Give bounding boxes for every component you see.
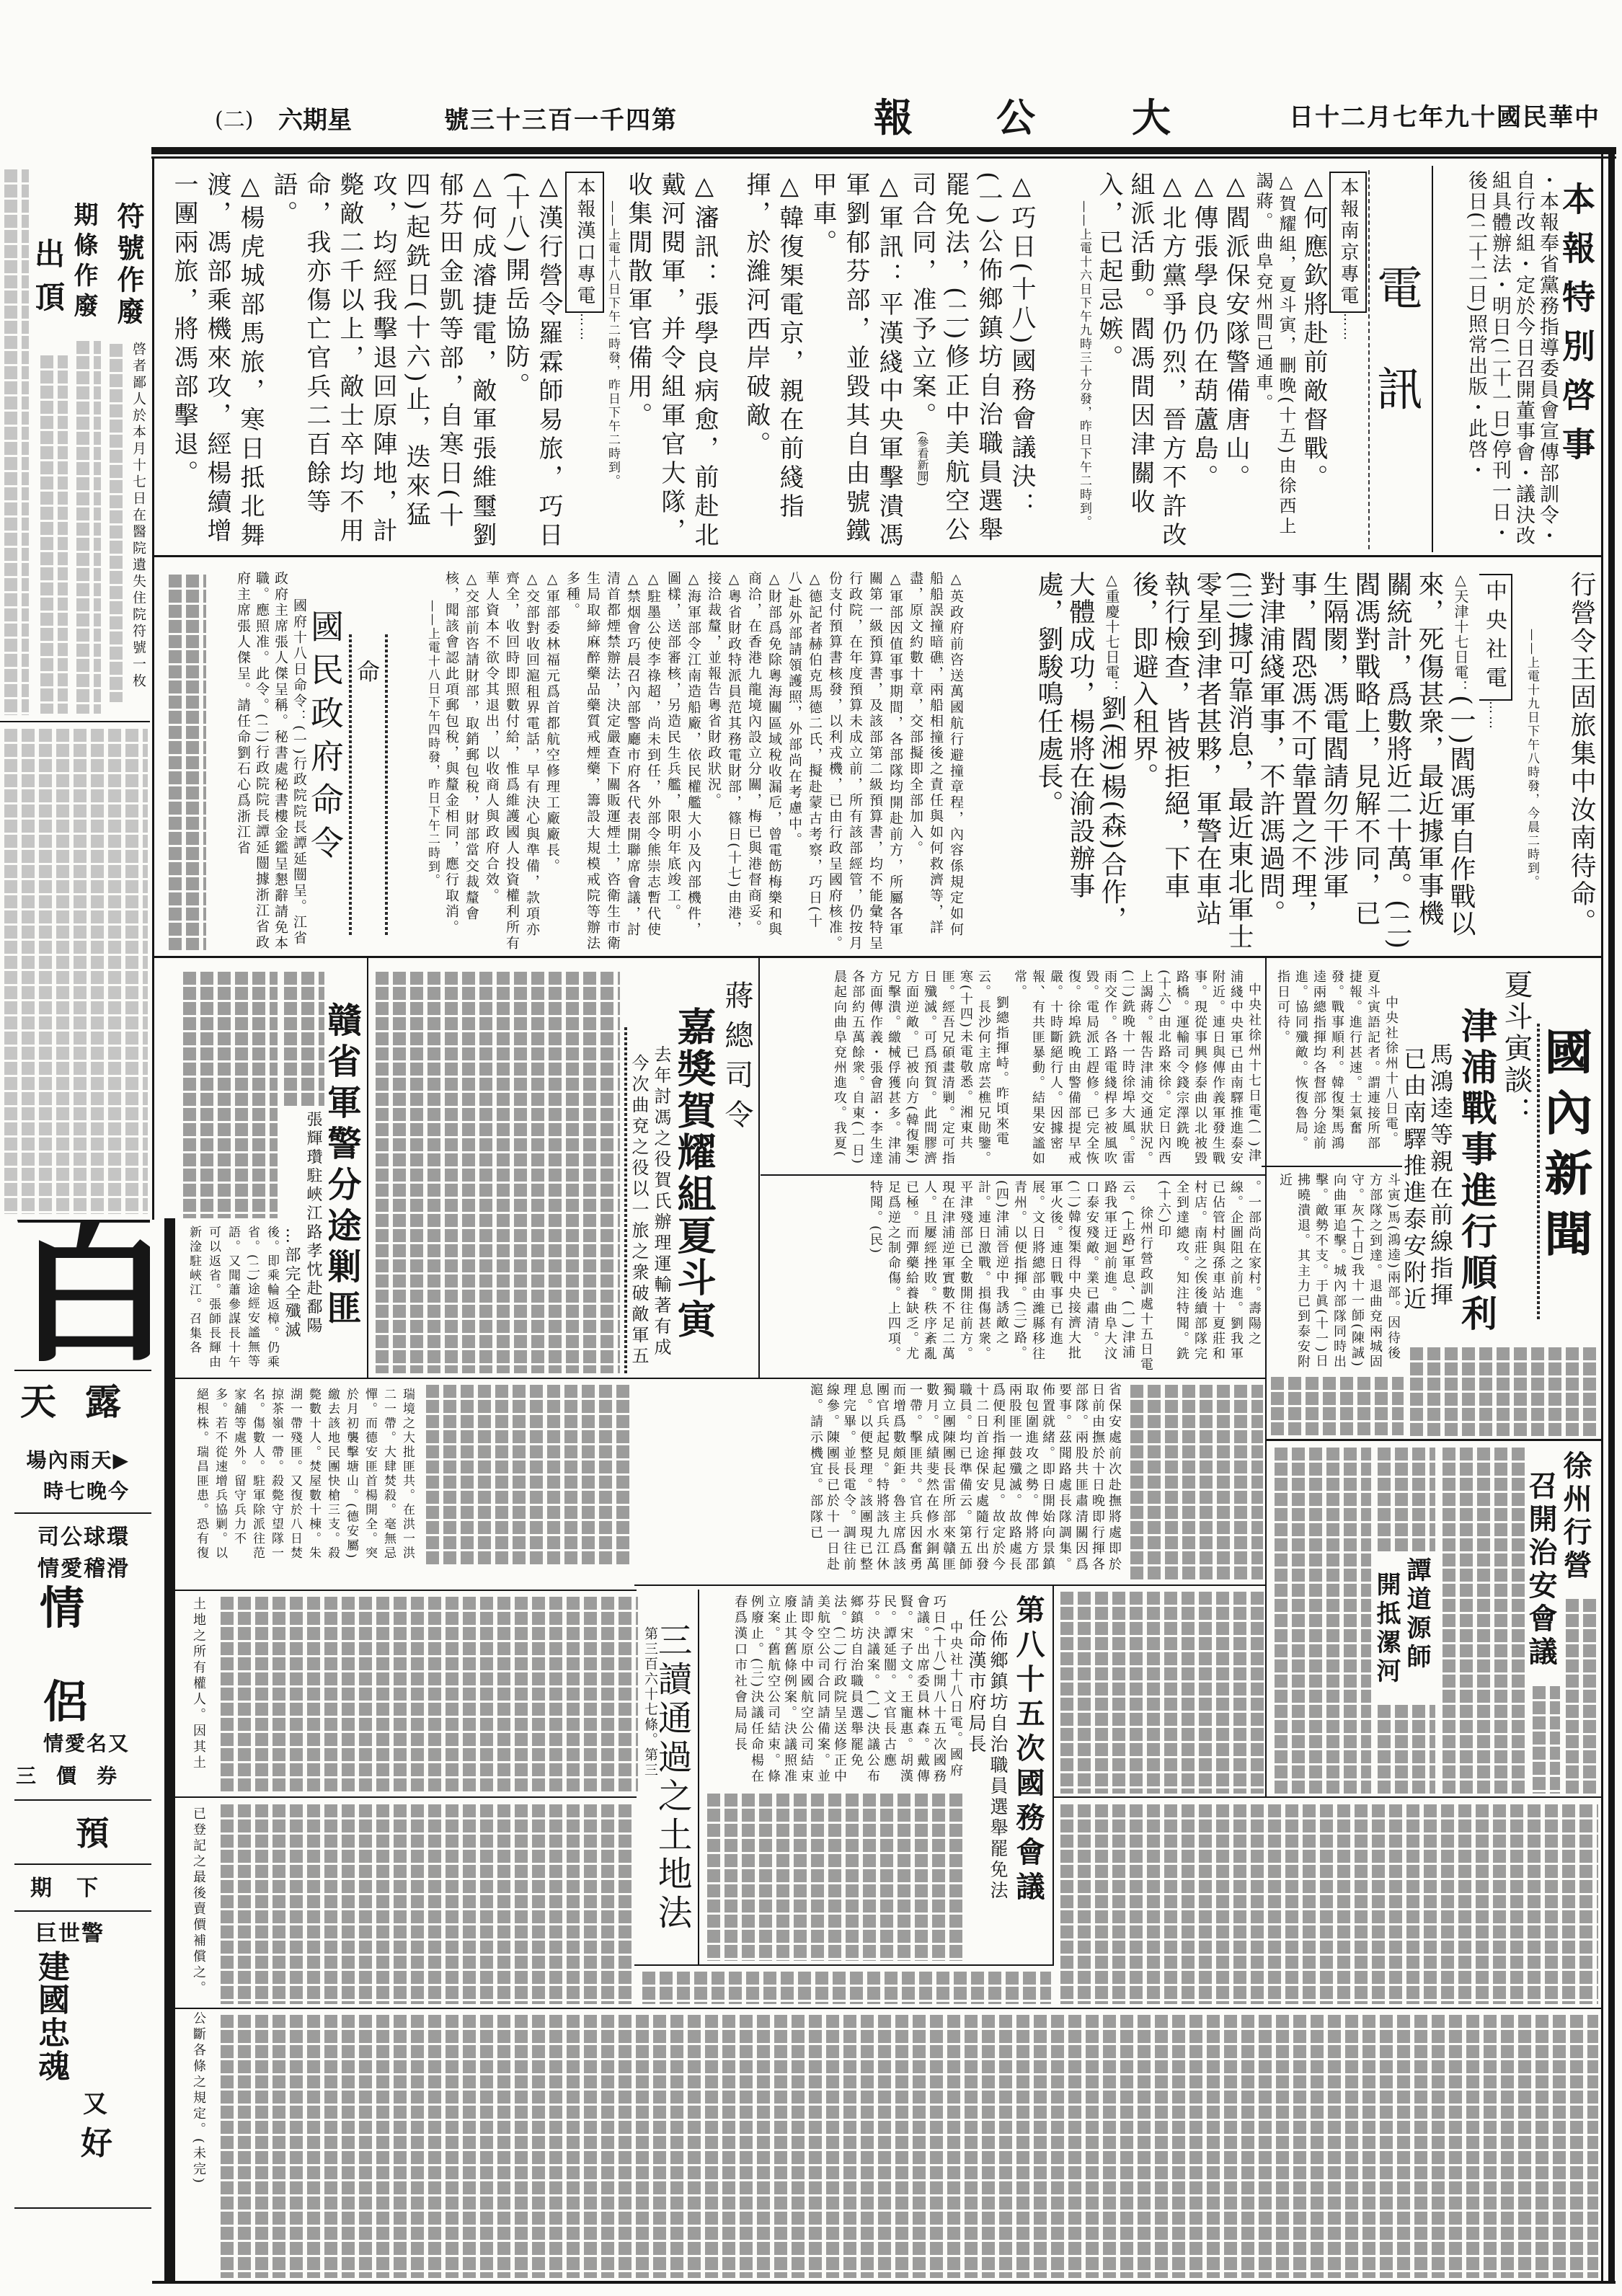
illegible-text-block: [1406, 1345, 1599, 1436]
brief-item: △禁烟會巧晨召內部警廳市府各代表開聯席會議，討清首都煙禁辦法，決定嚴查下關販運煙…: [562, 571, 643, 952]
telegram-item-text: △巧日(十八)國務會議決：(一)公佈鄉鎮坊自治職員選舉罷免法，(二)修正中美航空…: [908, 172, 1036, 546]
subheadline: 今次曲兗之役以一旅之衆破敵軍五師: [630, 1054, 652, 1375]
article-text: 夏斗寅語記者。謂連接所部捷報。進行甚速。士氣奮發。戰事順利。韓復榘馬鴻逵兩總指揮…: [1274, 970, 1382, 1164]
headline: 三讀通過之土地法(續): [660, 1622, 697, 1961]
telegram-timestamp: ——上電十八日下午四時發，昨日下午二時到。: [424, 571, 441, 952]
frame-bottom: [152, 2281, 1616, 2284]
ad-alt-title: 又名愛情: [22, 1734, 130, 1754]
see-also-note: (參看新聞): [916, 431, 929, 486]
ad-tagline-char: 好: [81, 2128, 112, 2160]
telegram-item: △北方黨爭仍烈，晉方不許改組派活動。閻馮間因津關收入，已起忌嫉。: [1093, 172, 1188, 552]
telegram-timestamp: ——上電十六日下午九時三十分發，昨日下午二時到。: [1076, 172, 1093, 552]
notice-title: 期條作廢: [74, 202, 102, 332]
telegram-item: △賀耀組，夏斗寅，刪晚(十五)由徐西上謁蔣。曲阜兗州間已通車。: [1251, 172, 1298, 552]
cna-label-column: 中央社電……: [1479, 574, 1512, 805]
ad-big-glyph: 百: [14, 1220, 150, 1365]
cna-item: △重慶十七日電：劉(湘)楊(森)合作，大體成功，楊將在渝設辦事處，劉駿鳴任處長。: [1032, 571, 1127, 952]
ad-genre: 滑稽愛情: [22, 1559, 130, 1580]
subheadline: 馬鴻逵等親在前線指揮: [1430, 1042, 1457, 1338]
ad-divider: [14, 1512, 151, 1514]
frame-left: [152, 159, 154, 1220]
ad-studio: 環球公司: [22, 1527, 130, 1548]
tier-divider-2: [152, 956, 1603, 958]
weekday: 星期六: [272, 108, 352, 133]
article-text: 。一部尚在家村。壽陽之線。企圖阻之前進。劉我軍已佔管村與孫車站十夏莊和村店。南莊…: [1155, 1180, 1263, 1375]
telegram-item: △傳張學良仍在葫蘆島。: [1188, 172, 1220, 552]
illegible-text-block: [1126, 1383, 1263, 1581]
tier-divider-1: [152, 555, 1603, 557]
brief-item: △軍部因值軍事期間，各部隊均開赴前方，所屬各軍關第一級預算書，及該部第二級預算書…: [825, 571, 905, 952]
label-dots: ……: [1341, 313, 1356, 342]
telegram-section-title: 電訊: [1377, 264, 1429, 495]
brief-item: △交部對收回滬租界電話，早有決心與準備，款項亦齊全，收回時即照數付給，惟爲維護國…: [482, 571, 542, 952]
headline: 嘉獎賀耀組夏斗寅: [678, 1006, 722, 1367]
news-briefs: △英政府前咨送萬國航行避撞章程，內容係規定如何船船誤撞暗礁，兩船相撞後之責任與如…: [404, 571, 966, 952]
article-body: 中央社十八日電。國府 巧日(十八)開八十五次國務會議。出席委員林森。戴傳賢。宋子…: [703, 1595, 964, 1786]
article-divider: [761, 1174, 1265, 1176]
wavy-divider: [1537, 1024, 1540, 1319]
article-text: 中央社徐州十七日電(一)津浦綫中央軍已由南驛推進泰安附近。連日與傳作義軍發生戰事…: [1011, 970, 1263, 1170]
article-body: 瑞境之大批匪共。在洪一洪二一帶。大肆焚殺。毫無忌憚。而德安匪首楊開全。突於月初襲…: [186, 1388, 417, 1566]
column-divider: [698, 1590, 699, 1964]
illegible-text-block: [1056, 1590, 1264, 1794]
illegible-text-block: [36, 353, 68, 714]
illegible-text-block: [1056, 1802, 1598, 2004]
illegible-text-block: [164, 572, 206, 950]
frame-right-inner: [1601, 147, 1603, 2284]
ad-film-title-char: 侶: [43, 1680, 88, 1724]
wavy-divider: [349, 634, 352, 937]
ad-film-title-char: 情: [40, 1586, 84, 1631]
dateline: △天津十七日電：: [1452, 571, 1469, 695]
headline-kicker: 夏斗寅談：: [1504, 970, 1537, 1128]
notice-title: 出頂: [36, 238, 69, 346]
brief-item: △軍部委林福元爲首都航空修理工廠廠長。: [542, 571, 562, 952]
law-article-fragment: 已登記之最後賣價補償之。: [186, 1807, 208, 2001]
order-text: 國府十八日命令：(一)行政院院長譚延闓呈。江省政府主席張人傑呈稱。秘書處秘書樓金…: [234, 571, 309, 952]
cna-item: △天津十七日電：(一)閻馮軍自作戰以來，死傷甚衆，最近據軍事機關統計，爲數將近二…: [1127, 571, 1476, 952]
article-divider: [175, 1590, 637, 1591]
dateline: 中央社十八日電。國府: [947, 1595, 964, 1786]
illegible-text-block: [216, 2013, 1598, 2278]
telegram-item: △韓復榘電京，親在前綫指揮，於濰河西岸破敵。: [740, 172, 806, 552]
article-divider: [175, 1796, 637, 1798]
law-article-fragment: 公斷各條之規定。(未完): [186, 2011, 208, 2228]
brief-item: △德記者赫伯克馬德二氏，擬赴蒙古考察，巧日(十八)赴外部請領護照，外部尚在考慮中…: [784, 571, 825, 952]
subheadline: 張輝瓚駐峽江路孝忱赴鄱陽: [303, 1111, 324, 1342]
ad-divider: [14, 1863, 151, 1865]
ad-next-genre: 警世巨: [22, 1923, 105, 1945]
government-orders-body: 國府十八日命令：(一)行政院院長譚延闓呈。江省政府主席張人傑呈稱。秘書處秘書樓金…: [209, 571, 309, 952]
government-orders-title: 國民政府命令: [311, 609, 349, 912]
article-divider: [1262, 1166, 1402, 1167]
ad-preview-label: 預: [76, 1817, 109, 1850]
headline: 召開治安會議: [1528, 1471, 1561, 1680]
ad-rain-note: ▶天雨內場: [22, 1450, 130, 1471]
illegible-text-block: [703, 1791, 962, 1961]
label-dots: ……: [577, 313, 593, 342]
illegible-text-block: [1267, 1375, 1404, 1436]
brief-item: △英政府前咨送萬國航行避撞章程，內容係規定如何船船誤撞暗礁，兩船相撞後之責任與如…: [905, 571, 966, 952]
subheadline: …部完全殲滅: [281, 1111, 303, 1340]
column-divider: [367, 957, 368, 1378]
headline: 徐州行營: [1563, 1450, 1596, 1595]
nanjing-telegrams: 本報南京專電…… △何應欽將赴前敵督戰。 △賀耀組，夏斗寅，刪晚(十五)由徐西上…: [1038, 172, 1367, 552]
brief-item: △駐墨公使李祿超，尚未到任，外部令熊崇志暫代使: [643, 571, 663, 952]
ad-divider: [14, 1799, 151, 1801]
article-text: 徐州行營政訓處十五日電云。(上路)軍息、(一)津浦路我軍迂迴前進。曲阜大汶口泰安…: [867, 1180, 1155, 1375]
headline-kicker: 蔣總司令: [724, 980, 758, 1153]
brief-item: △海軍部令江南造船廠，依民權艦大小及內部機件，圖樣，送部審核，另造民生兵艦，限明…: [663, 571, 704, 952]
frame-right-outer: [1608, 147, 1615, 2284]
telegram-item: △軍訊：平漢綫中央軍擊潰馮軍劉郁芬部，並毀其自由號鐵甲車。: [806, 172, 905, 552]
illegible-text-block: [280, 970, 324, 1107]
ad-divider: [14, 1910, 151, 1912]
dashed-divider: [1368, 170, 1370, 549]
article-text: 斗寅)馬(鴻逵)兩部。因待後方部隊之到達。退曲兗兩城固守。灰(十日)我十一師(陳…: [1276, 1173, 1402, 1371]
margin-divider: [0, 721, 150, 722]
issue-date: 中華民國十九年七月二十日: [1269, 105, 1600, 130]
illegible-text-block: [1373, 1703, 1435, 1794]
article-divider: [175, 1378, 1265, 1379]
headline: 贛省軍警分途剿匪: [329, 1002, 366, 1341]
wavy-divider: [624, 1027, 627, 1375]
article-divider: [634, 1584, 1267, 1586]
brief-item: △財部爲免除粵海關區域稅收漏卮，曾電飭梅樂和與商洽，在香港九龍境內設立分關，梅已…: [744, 571, 784, 952]
headline: 第八十五次國務會議: [1013, 1595, 1049, 1933]
article-divider: [634, 1964, 1054, 1966]
illegible-text-block: [105, 342, 127, 702]
ad-next-title: 建國忠魂: [37, 1950, 74, 2087]
article-body: 中央社徐州十八日電。 夏斗寅語記者。謂連接所部捷報。進行甚速。士氣奮發。戰事順利…: [1267, 970, 1400, 1164]
ad-divider: [14, 2207, 151, 2209]
illegible-text-block: [1373, 1445, 1435, 1552]
brief-item: △粵省財政特派員范其務電財部，篠日(十七)由港，接洽裁釐，並報告粵省財政狀況。: [704, 571, 744, 952]
subheadline: 公佈鄉鎮坊自治職員選舉罷免法: [989, 1609, 1011, 1941]
law-article-fragment: 土地之所有權人。因其土: [186, 1597, 208, 1791]
telegram-item: △何成濬捷電，敵軍張維璽劉郁芬田金凱等部，自寒日(十四)起銑日(十六)止，迭來猛…: [267, 172, 499, 552]
ad-ticket-price: 券價三: [22, 1766, 137, 1786]
ad-divider: [14, 1370, 151, 1371]
mukden-hankou-telegrams: △瀋訊：張學良病愈，前赴北戴河閱軍，并令組軍官大隊，收集閒散軍官備用。 ——上電…: [164, 172, 721, 552]
cut-off-text: [0, 167, 29, 715]
notice-body: 啓者鄙人於本月十七日在醫院遺失住院符號一枚及: [130, 342, 149, 702]
special-notice-title: 本報特別啓事: [1563, 182, 1600, 549]
page-number: (二): [215, 110, 253, 131]
telegram-item: △何應欽將赴前敵督戰。: [1298, 172, 1329, 552]
illegible-text-block: [216, 1595, 638, 1794]
nanjing-latest-telegrams: △巧日(十八)國務會議決：(一)公佈鄉鎮坊自治職員選舉罷免法，(二)修正中美航空…: [721, 172, 1038, 552]
brief-item: △交部前咨請財部，取銷郵包稅，財部當交裁釐會核，聞該會認此項郵包稅，與釐金相同，…: [441, 571, 482, 952]
special-notice-body: ・本報奉省黨務指導委員會宣傳部訓令・自行改組・定於今日召開董事會・議決改組具體辦…: [1438, 170, 1559, 551]
cna-label-row: 中央社電……: [1479, 574, 1512, 805]
column-divider: [1265, 957, 1267, 1796]
telegram-item: △楊虎城部馬旅，寒日抵北舞渡，馮部乘機來攻，經楊續增一團兩旅，將馮部擊退。: [167, 172, 267, 552]
bureau-label-row: 本報南京專電……: [1329, 172, 1367, 552]
subheadline: 已由南驛推進泰安附近: [1403, 1047, 1430, 1342]
notice-title: 符號作廢: [117, 202, 149, 332]
front-dispatches: 。一部尚在家村。壽陽之線。企圖阻之前進。劉我軍已佔管村與孫車站十夏莊和村店。南莊…: [764, 1180, 1263, 1375]
ad-showtime: 今晚七時: [22, 1481, 130, 1502]
illegible-text-block: [179, 970, 278, 1218]
masthead-char-bao: 報: [874, 98, 913, 137]
notice-border: [1432, 166, 1433, 552]
telegram-timestamp: ——上電十九日下午八時發，今晨二時到。: [1520, 629, 1541, 952]
nanjing-bureau-label: 本報南京專電: [1329, 172, 1367, 313]
telegram-item: △漢行營令羅霖師易旅，巧日(十八)開岳協防。: [499, 172, 565, 552]
telegram-item: △巧日(十八)國務會議決：(一)公佈鄉鎮坊自治職員選舉罷免法，(二)修正中美航空…: [905, 172, 1038, 552]
illegible-text-block: [216, 1802, 633, 2004]
article-divider: [1052, 1796, 1602, 1798]
subheadline: 任命漢市府局長: [967, 1609, 989, 1941]
orders-section-label: 命令: [356, 660, 384, 818]
article-body: 後。即乘輪返樟。仍乘省。(二)途經安謐無等語。又聞蕭參謀長十午可以返省。張師長輝…: [184, 1225, 281, 1373]
column-divider: [1052, 1584, 1054, 1964]
hankou-trailing-item: 行營令王固旅集中汝南待命。: [1559, 571, 1600, 952]
illegible-text-block: [1561, 1597, 1599, 1794]
cna-telegrams: △天津十七日電：(一)閻馮軍自作戰以來，死傷甚衆，最近據軍事機關統計，爲數將近二…: [970, 571, 1476, 952]
article-divider: [1267, 1439, 1602, 1441]
illegible-text-block: [638, 1969, 1051, 2004]
illegible-text-block: [422, 1383, 632, 1566]
illegible-text-block: [0, 727, 148, 1214]
cna-bureau-label: 中央社電: [1479, 574, 1512, 701]
telegram-item: △瀋訊：張學良病愈，前赴北戴河閱軍，并令組軍官大隊，收集閒散軍官備用。: [621, 172, 721, 552]
ad-tagline-char: 又: [83, 2092, 107, 2117]
label-dots: ……: [1486, 701, 1502, 731]
masthead-char-gong: 公: [996, 98, 1035, 137]
headline: 開抵漯河: [1375, 1572, 1404, 1698]
article-text: 劉總指揮峙。昨頃來電云。長沙何主席芸樵兄勛鑒。寒(十四)未電敬悉。湘東共匪。經吾…: [830, 970, 1011, 1170]
headline: 譚道源師: [1406, 1557, 1435, 1683]
wavy-divider: [385, 634, 388, 937]
issue-number: 第四千一百三十三號: [422, 108, 678, 133]
dateline: △重慶十七日電：: [1103, 571, 1120, 695]
illegible-text-block: [72, 339, 101, 714]
law-article-fragment: 第三百六十七條。第三: [640, 1626, 660, 1796]
column-divider: [758, 957, 760, 1378]
hankou-bureau-label: 本報漢口專電: [565, 172, 604, 313]
ad-next-label: 下期: [50, 1878, 123, 1900]
article-divider: [175, 2008, 1602, 2009]
frame-left-binding: [164, 1218, 175, 2284]
bureau-label-row: 本報漢口專電……: [565, 172, 604, 552]
headline: 津浦戰事進行順利: [1461, 1007, 1502, 1346]
masthead-rule: [151, 147, 1616, 159]
illegible-text-block: [1438, 1445, 1525, 1794]
article-body: 斗寅)馬(鴻逵)兩部。因待後方部隊之到達。退曲兗兩城固守。灰(十日)我十一師(陳…: [1267, 1173, 1402, 1371]
domestic-news-section-title: 國內新聞: [1544, 1027, 1599, 1301]
article-body: 省保安處前次赴撫將處即於日前由撫於十日晚即行揮各部隊。兩股共匪肅清關因爲要事。茲…: [638, 1383, 1122, 1581]
newspaper-page: 中華民國十九年七月二十日 大 公 報 第四千一百三十三號 星期六 (二) 本報特…: [0, 0, 1622, 2296]
telegram-item: △閻派保安隊警備唐山。: [1220, 172, 1251, 552]
ad-venue: 露天: [29, 1384, 150, 1420]
illegible-text-block: [371, 970, 620, 1373]
cna-item-text: (一)閻馮軍自作戰以來，死傷甚衆，最近據軍事機關統計，爲數將近二十萬。(二)閻馮…: [1129, 571, 1476, 950]
xuzhou-dispatches: 中央社徐州十七日電(一)津浦綫中央軍已由南驛推進泰安附近。連日與傳作義軍發生戰事…: [764, 970, 1263, 1170]
dateline: 中央社徐州十八日電。: [1382, 970, 1400, 1164]
illegible-text-block: [1270, 1445, 1371, 1794]
illegible-text-block: [1528, 1684, 1560, 1794]
telegram-timestamp: ——上電十八日下午二時發，昨日下午二時到。: [604, 172, 621, 552]
ad-big-glyph-frame: 百: [14, 1220, 150, 1365]
masthead-char-da: 大: [1132, 98, 1171, 137]
article-text: 巧日(十八)開八十五次國務會議。出席委員林森。戴傳賢。宋子文。王寵惠。胡漢民。譚…: [732, 1595, 947, 1786]
subheadline: 去年討馮之役賀氏辦理運輸著有成效: [652, 1045, 674, 1373]
